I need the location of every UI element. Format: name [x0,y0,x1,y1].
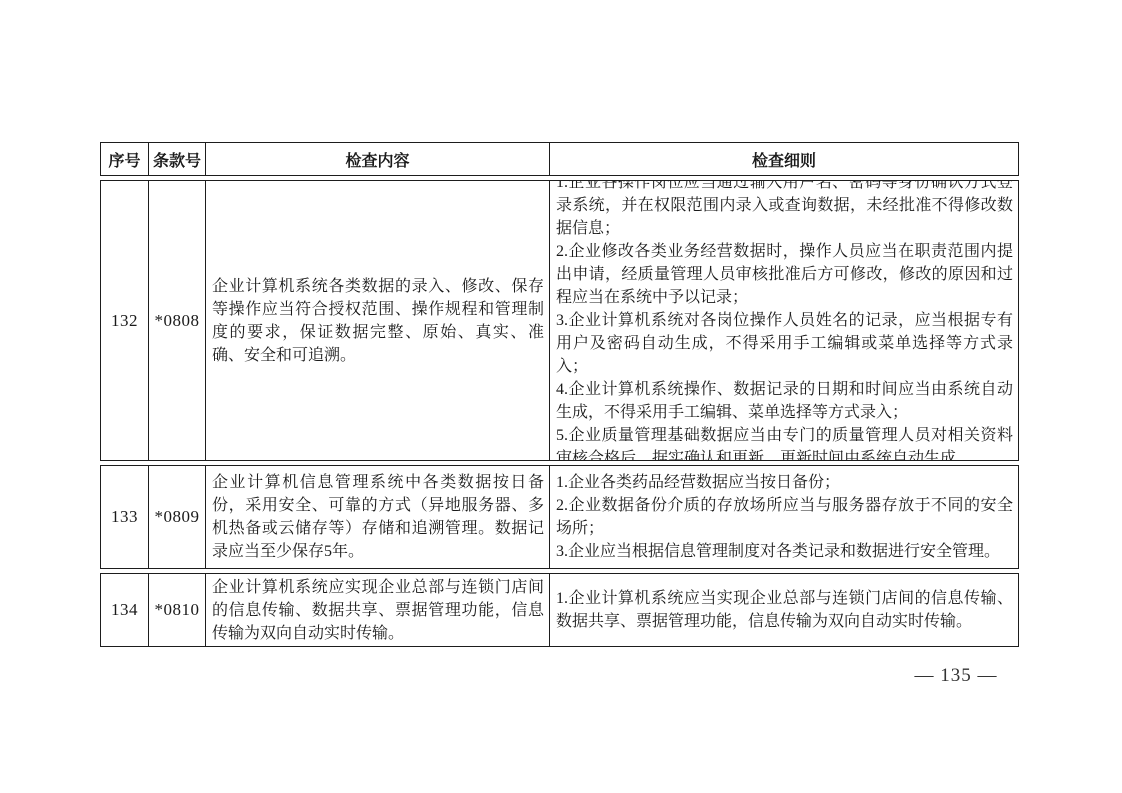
row-seq: 132 [101,181,149,460]
row-clause: *0810 [149,574,206,646]
detail-item: 3.企业应当根据信息管理制度对各类记录和数据进行安全管理。 [556,540,1013,563]
row-clause: *0809 [149,466,206,568]
detail-item: 1.企业各操作岗位应当通过输入用户名、密码等身份确认方式登录系统，并在权限范围内… [556,181,1013,240]
header-seq: 序号 [101,143,149,175]
row-seq: 134 [101,574,149,646]
row-content-cell: 企业计算机系统应实现企业总部与连锁门店间的信息传输、数据共享、票据管理功能，信息… [206,574,550,646]
row-content-text: 企业计算机系统各类数据的录入、修改、保存等操作应当符合授权范围、操作规程和管理制… [206,272,549,370]
row-content-text: 企业计算机信息管理系统中各类数据按日备份，采用安全、可靠的方式（异地服务器、多机… [206,468,549,566]
inspection-table: 序号 条款号 检查内容 检查细则 132 *0808 企业计算机系统各类数据的录… [100,142,1019,651]
row-detail-cell: 1.企业各操作岗位应当通过输入用户名、密码等身份确认方式登录系统，并在权限范围内… [550,181,1018,460]
header-clause: 条款号 [149,143,206,175]
row-detail-cell: 1.企业计算机系统应当实现企业总部与连锁门店间的信息传输、数据共享、票据管理功能… [550,574,1018,646]
detail-item: 5.企业质量管理基础数据应当由专门的质量管理人员对相关资料审核合格后，据实确认和… [556,424,1013,460]
header-detail: 检查细则 [550,143,1018,175]
detail-item: 2.企业修改各类业务经营数据时，操作人员应当在职责范围内提出申请，经质量管理人员… [556,240,1013,309]
table-row: 132 *0808 企业计算机系统各类数据的录入、修改、保存等操作应当符合授权范… [100,180,1019,461]
row-seq: 133 [101,466,149,568]
row-clause: *0808 [149,181,206,460]
table-header-row: 序号 条款号 检查内容 检查细则 [100,142,1019,176]
page-number: — 135 — [896,665,1016,687]
table-row: 134 *0810 企业计算机系统应实现企业总部与连锁门店间的信息传输、数据共享… [100,573,1019,647]
detail-item: 1.企业计算机系统应当实现企业总部与连锁门店间的信息传输、数据共享、票据管理功能… [556,587,1013,633]
table-row: 133 *0809 企业计算机信息管理系统中各类数据按日备份，采用安全、可靠的方… [100,465,1019,569]
detail-item: 1.企业各类药品经营数据应当按日备份； [556,471,1013,494]
row-detail-cell: 1.企业各类药品经营数据应当按日备份； 2.企业数据备份介质的存放场所应当与服务… [550,466,1018,568]
detail-item: 4.企业计算机系统操作、数据记录的日期和时间应当由系统自动生成，不得采用手工编辑… [556,378,1013,424]
row-content-cell: 企业计算机系统各类数据的录入、修改、保存等操作应当符合授权范围、操作规程和管理制… [206,181,550,460]
detail-item: 3.企业计算机系统对各岗位操作人员姓名的记录，应当根据专有用户及密码自动生成，不… [556,309,1013,378]
detail-item: 2.企业数据备份介质的存放场所应当与服务器存放于不同的安全场所； [556,494,1013,540]
row-content-text: 企业计算机系统应实现企业总部与连锁门店间的信息传输、数据共享、票据管理功能，信息… [206,574,549,646]
header-content: 检查内容 [206,143,550,175]
row-content-cell: 企业计算机信息管理系统中各类数据按日备份，采用安全、可靠的方式（异地服务器、多机… [206,466,550,568]
